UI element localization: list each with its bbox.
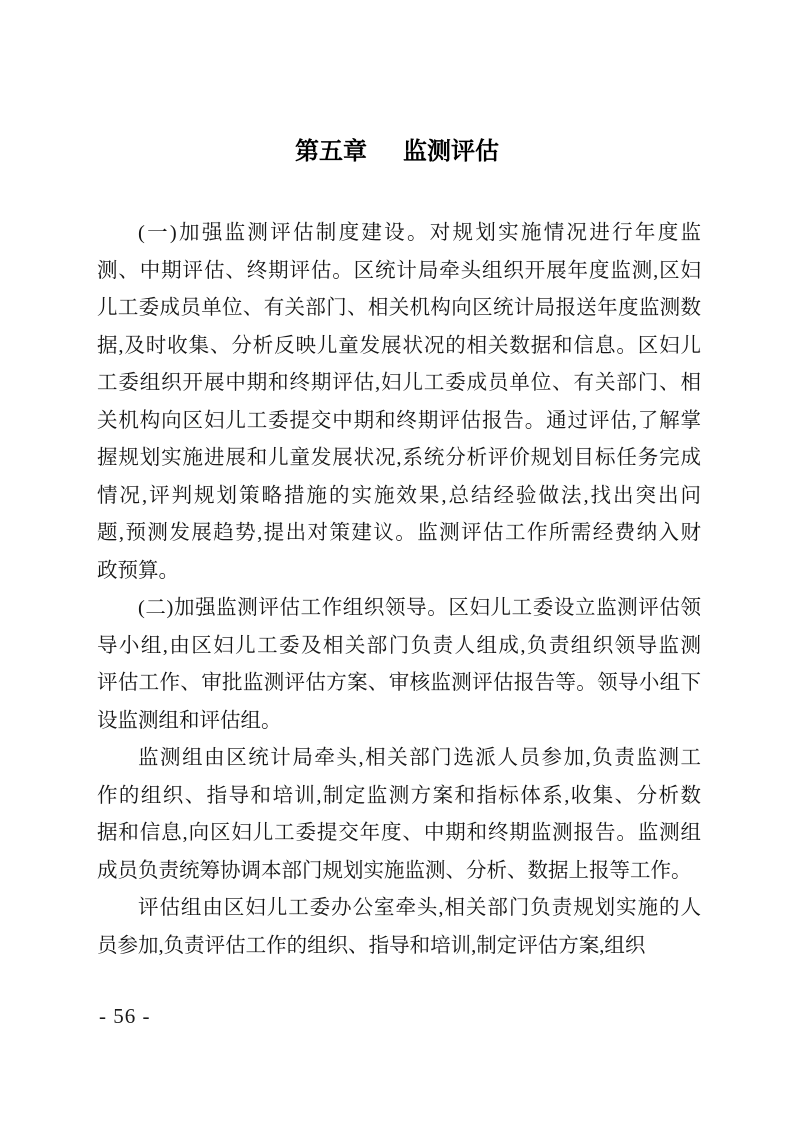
- document-body: (一)加强监测评估制度建设。对规划实施情况进行年度监测、中期评估、终期评估。区统…: [97, 215, 701, 965]
- text-line: 测、中期评估、终期评估。区统计局牵头组织开展年度监测,区妇: [97, 253, 701, 291]
- text-line: 题,预测发展趋势,提出对策建议。监测评估工作所需经费纳入财: [97, 515, 701, 553]
- text-line: (二)加强监测评估工作组织领导。区妇儿工委设立监测评估领: [97, 590, 701, 628]
- text-line: 儿工委成员单位、有关部门、相关机构向区统计局报送年度监测数: [97, 290, 701, 328]
- text-line: 政预算。: [97, 553, 701, 591]
- text-line: 情况,评判规划策略措施的实施效果,总结经验做法,找出突出问: [97, 478, 701, 516]
- text-line: 作的组织、指导和培训,制定监测方案和指标体系,收集、分析数: [97, 778, 701, 816]
- text-line: 评估工作、审批监测评估方案、审核监测评估报告等。领导小组下: [97, 665, 701, 703]
- text-line: 工委组织开展中期和终期评估,妇儿工委成员单位、有关部门、相: [97, 365, 701, 403]
- text-line: 员参加,负责评估工作的组织、指导和培训,制定评估方案,组织: [97, 928, 701, 966]
- text-line: 导小组,由区妇儿工委及相关部门负责人组成,负责组织领导监测: [97, 628, 701, 666]
- text-line: 据和信息,向区妇儿工委提交年度、中期和终期监测报告。监测组: [97, 815, 701, 853]
- chapter-title: 第五章 监测评估: [0, 138, 794, 166]
- document-page: 第五章 监测评估 (一)加强监测评估制度建设。对规划实施情况进行年度监测、中期评…: [0, 0, 794, 1122]
- text-line: 据,及时收集、分析反映儿童发展状况的相关数据和信息。区妇儿: [97, 328, 701, 366]
- text-line: 监测组由区统计局牵头,相关部门选派人员参加,负责监测工: [97, 740, 701, 778]
- text-line: 关机构向区妇儿工委提交中期和终期评估报告。通过评估,了解掌: [97, 403, 701, 441]
- page-number: - 56 -: [99, 1004, 151, 1029]
- text-line: 评估组由区妇儿工委办公室牵头,相关部门负责规划实施的人: [97, 890, 701, 928]
- chapter-number: 第五章: [295, 138, 367, 166]
- text-line: 成员负责统筹协调本部门规划实施监测、分析、数据上报等工作。: [97, 853, 701, 891]
- text-line: (一)加强监测评估制度建设。对规划实施情况进行年度监: [97, 215, 701, 253]
- text-line: 握规划实施进展和儿童发展状况,系统分析评价规划目标任务完成: [97, 440, 701, 478]
- text-line: 设监测组和评估组。: [97, 703, 701, 741]
- chapter-name: 监测评估: [403, 138, 499, 166]
